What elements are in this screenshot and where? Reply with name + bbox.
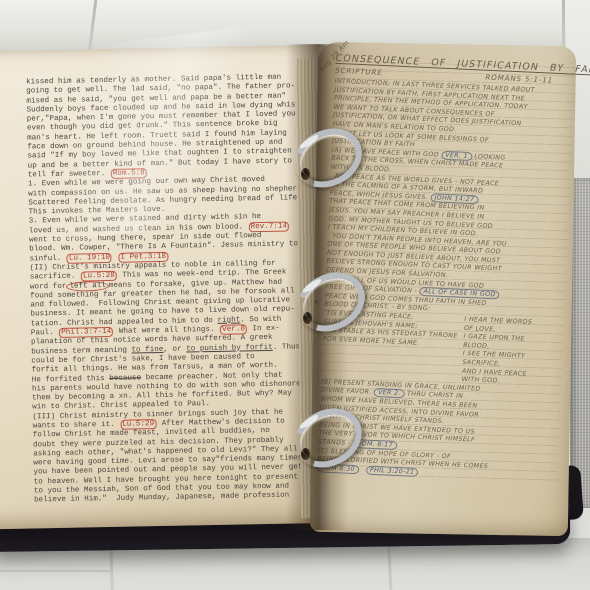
tile-seam <box>0 570 112 572</box>
hymn-two-columns: 'TIS EVERLASTING PEACE,SURE AS JEHOVAH'S… <box>321 310 564 390</box>
typed-text-block: kissed him as tenderly as mother. Said p… <box>26 73 326 506</box>
scripture-reference: ROMANS 5:1-11 <box>485 73 553 85</box>
left-page-typed-sermon-notes: kissed him as tenderly as mother. Said p… <box>0 45 341 530</box>
scripture-label: SCRIPTURE <box>335 66 383 77</box>
photo-of-open-ring-binder: kissed him as tenderly as mother. Said p… <box>0 0 590 590</box>
